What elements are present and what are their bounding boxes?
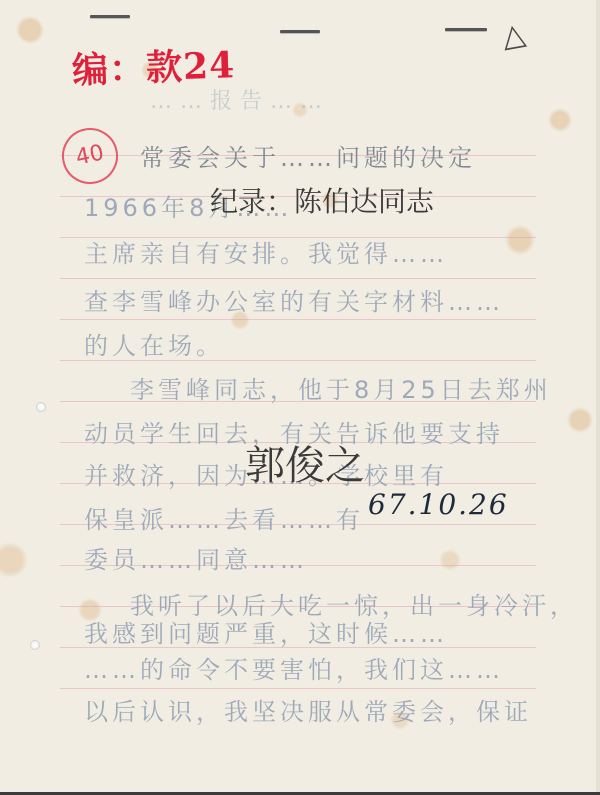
body-line: 委员……同意…… — [84, 540, 524, 575]
staple-mark — [445, 28, 487, 31]
faded-heading: ……报告…… — [150, 84, 330, 115]
title-line: 常委会关于……问题的决定 — [140, 138, 580, 173]
body-line: 的人在场。 — [84, 326, 524, 361]
staple-mark — [90, 15, 130, 18]
body-line: 主席亲自有安排。我觉得…… — [84, 234, 524, 269]
staple-mark — [280, 30, 320, 33]
date-annotation: 67.10.26 — [368, 488, 509, 521]
dark-annotation: 纪录：陈伯达同志 — [210, 180, 434, 220]
body-line: 我感到问题严重，这时候…… — [84, 614, 524, 649]
body-line: 李雪峰同志，他于8月25日去郑州 — [130, 370, 570, 405]
body-line: 以后认识，我坚决服从常委会，保证 — [84, 692, 524, 727]
punch-hole — [36, 402, 46, 412]
body-line: ……的命令不要害怕，我们这…… — [84, 650, 524, 685]
punch-hole — [30, 640, 40, 650]
dark-signature: 郭俊之 — [245, 434, 365, 491]
document-page: △ 编：款24 ……报告…… 40 常委会关于……问题的决定 1966年8月……… — [0, 0, 600, 792]
body-line: 查李雪峰办公室的有关字材料…… — [84, 282, 524, 317]
triangle-mark: △ — [499, 16, 528, 54]
